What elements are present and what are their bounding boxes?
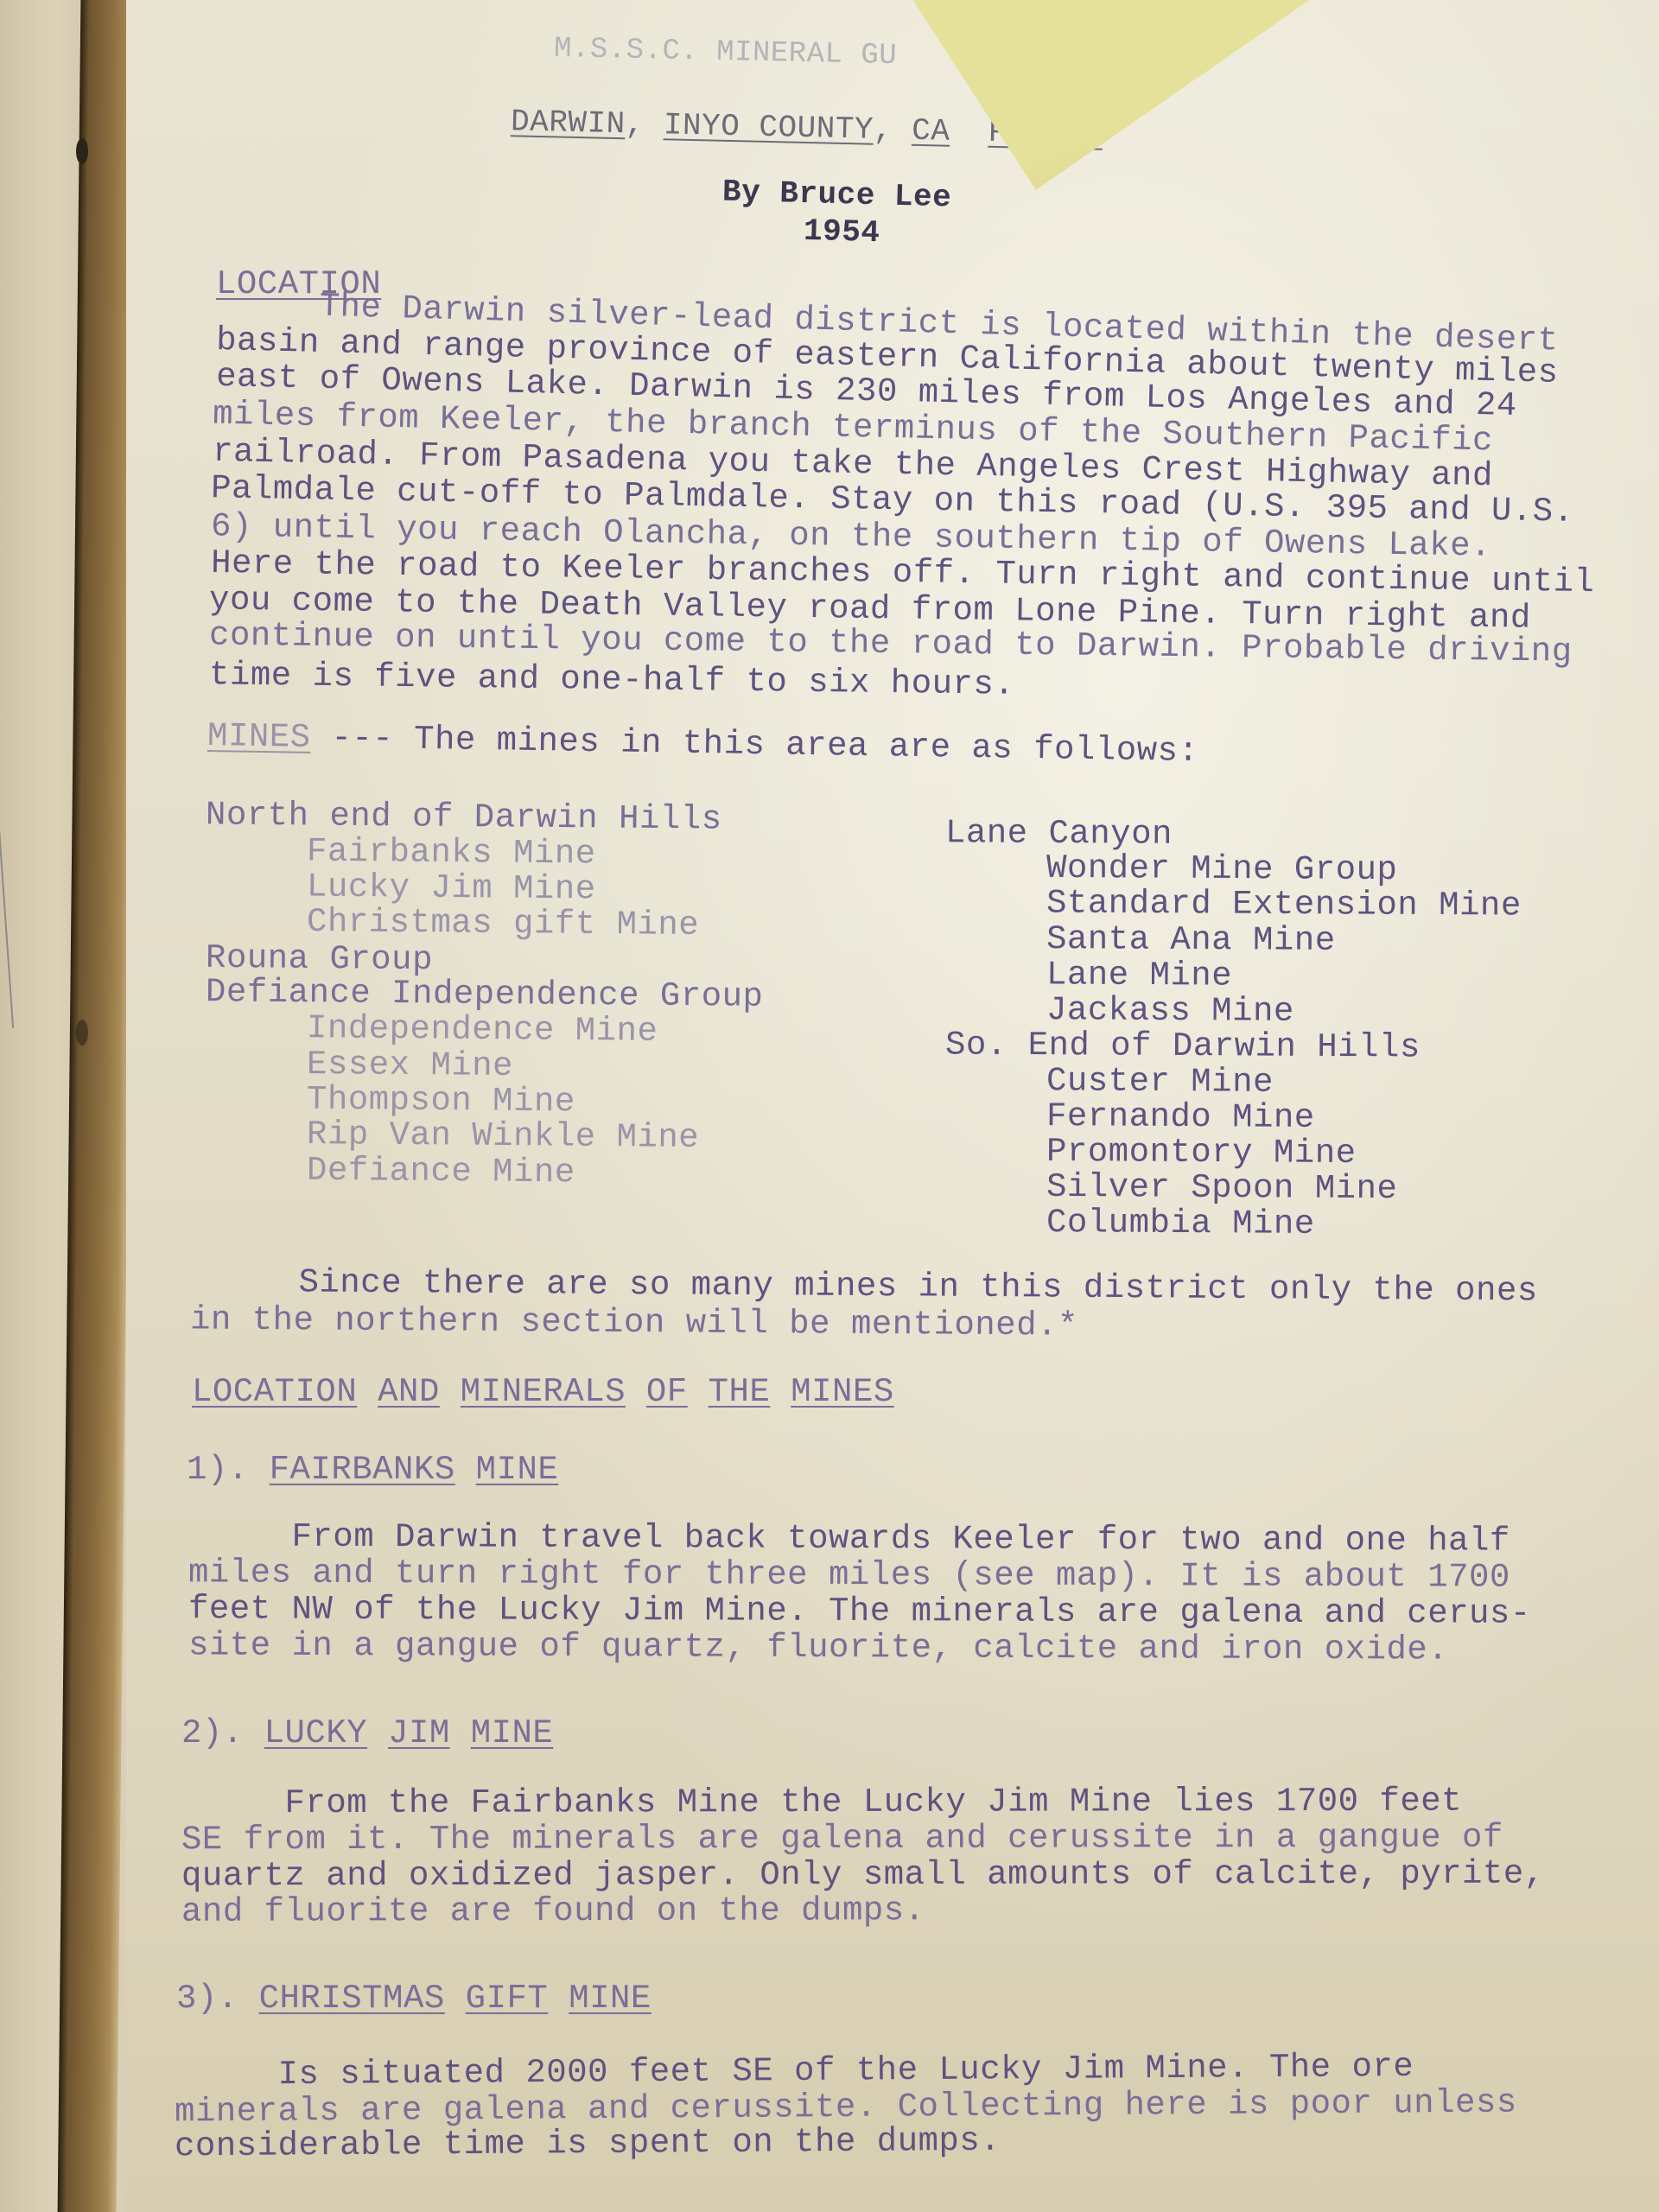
section-heading-word: AND xyxy=(378,1373,440,1411)
entry-name-word: CHRISTMAS xyxy=(259,1980,445,2018)
mine-list-item: Lane Mine xyxy=(1046,957,1232,994)
section-heading-word: MINERALS xyxy=(461,1373,626,1411)
mine-list-item: Promontory Mine xyxy=(1046,1134,1357,1172)
mine-list-item: Silver Spoon Mine xyxy=(1046,1169,1398,1207)
entry-line: quartz and oxidized jasper. Only small a… xyxy=(181,1856,1545,1895)
sticky-note-shade xyxy=(907,0,1322,190)
section-heading: LOCATION AND MINERALS OF THE MINES xyxy=(192,1374,894,1410)
year: 1954 xyxy=(803,213,880,251)
entry-name-word: JIM xyxy=(388,1714,450,1752)
document-page: M.S.S.C. MINERAL GU DARWIN, INYO COUNTY,… xyxy=(126,0,1659,2212)
entry-name-word: MINE xyxy=(471,1714,554,1752)
section-heading-word: LOCATION xyxy=(192,1373,357,1411)
mine-list-item: Defiance Mine xyxy=(307,1153,575,1192)
entry-line: From Darwin travel back towards Keeler f… xyxy=(188,1518,1510,1559)
section-heading-word: OF xyxy=(646,1373,688,1411)
mine-list-item: Wonder Mine Group xyxy=(1046,850,1398,888)
binding-mark xyxy=(76,1020,88,1046)
entry-name-word: MINE xyxy=(476,1451,559,1489)
entry-heading: 1). FAIRBANKS MINE xyxy=(187,1452,558,1488)
entry-line: and fluorite are found on the dumps. xyxy=(181,1892,925,1930)
mine-list-item: Defiance Independence Group xyxy=(206,974,764,1015)
entry-line: From the Fairbanks Mine the Lucky Jim Mi… xyxy=(181,1783,1462,1822)
entry-line: feet NW of the Lucky Jim Mine. The miner… xyxy=(188,1591,1531,1631)
guide-header: M.S.S.C. MINERAL GU xyxy=(554,31,898,74)
mine-list-item: Essex Mine xyxy=(307,1046,513,1084)
mine-list-item: Independence Mine xyxy=(307,1010,658,1050)
entry-heading: 3). CHRISTMAS GIFT MINE xyxy=(176,1980,652,2017)
entry-name-word: LUCKY xyxy=(264,1714,368,1752)
mine-list-item: Santa Ana Mine xyxy=(1046,921,1336,959)
mine-list-item: Lucky Jim Mine xyxy=(307,869,596,908)
mine-list-item: Fernando Mine xyxy=(1046,1098,1315,1136)
entry-line: miles and turn right for three miles (se… xyxy=(188,1554,1510,1595)
mine-list-item: Rip Van Winkle Mine xyxy=(307,1116,700,1156)
location-line: time is five and one-half to six hours. xyxy=(209,657,1015,702)
mine-list-item: Lane Canyon xyxy=(945,815,1173,852)
author: By Bruce Lee xyxy=(721,175,951,217)
mines-intro-line: MINES --- The mines in this area are as … xyxy=(207,718,1199,770)
entry-line: site in a gangue of quartz, fluorite, ca… xyxy=(188,1627,1448,1668)
mine-list-item: So. End of Darwin Hills xyxy=(945,1027,1421,1066)
mine-list-item: Rouna Group xyxy=(206,940,433,978)
title-part: DARWIN xyxy=(511,104,626,142)
entry-name-word: MINE xyxy=(569,1980,652,2018)
mine-list-item: Fairbanks Mine xyxy=(307,834,596,873)
binding-mark xyxy=(76,138,88,164)
mine-list-item: Standard Extension Mine xyxy=(1046,886,1522,925)
title-part: INYO COUNTY xyxy=(663,107,874,148)
mine-list-item: Jackass Mine xyxy=(1046,992,1294,1030)
entry-heading: 2). LUCKY JIM MINE xyxy=(181,1715,553,1751)
mine-list-item: Custer Mine xyxy=(1046,1063,1274,1100)
title-part: CA xyxy=(912,113,950,149)
mine-list-item: Thompson Mine xyxy=(307,1082,575,1121)
section-heading-word: MINES xyxy=(791,1373,894,1411)
entry-line: SE from it. The minerals are galena and … xyxy=(181,1820,1503,1859)
mines-heading: MINES xyxy=(207,717,311,757)
section-heading-word: THE xyxy=(709,1373,771,1411)
entry-name-word: GIFT xyxy=(466,1980,549,2018)
mine-list-item: Columbia Mine xyxy=(1046,1205,1315,1243)
entry-name-word: FAIRBANKS xyxy=(270,1451,455,1489)
entry-line: considerable time is spent on the dumps. xyxy=(175,2123,1001,2165)
mine-list-item: North end of Darwin Hills xyxy=(206,797,722,837)
mine-list-item: Christmas gift Mine xyxy=(307,904,700,944)
note-line: in the northern section will be mentione… xyxy=(190,1301,1078,1344)
